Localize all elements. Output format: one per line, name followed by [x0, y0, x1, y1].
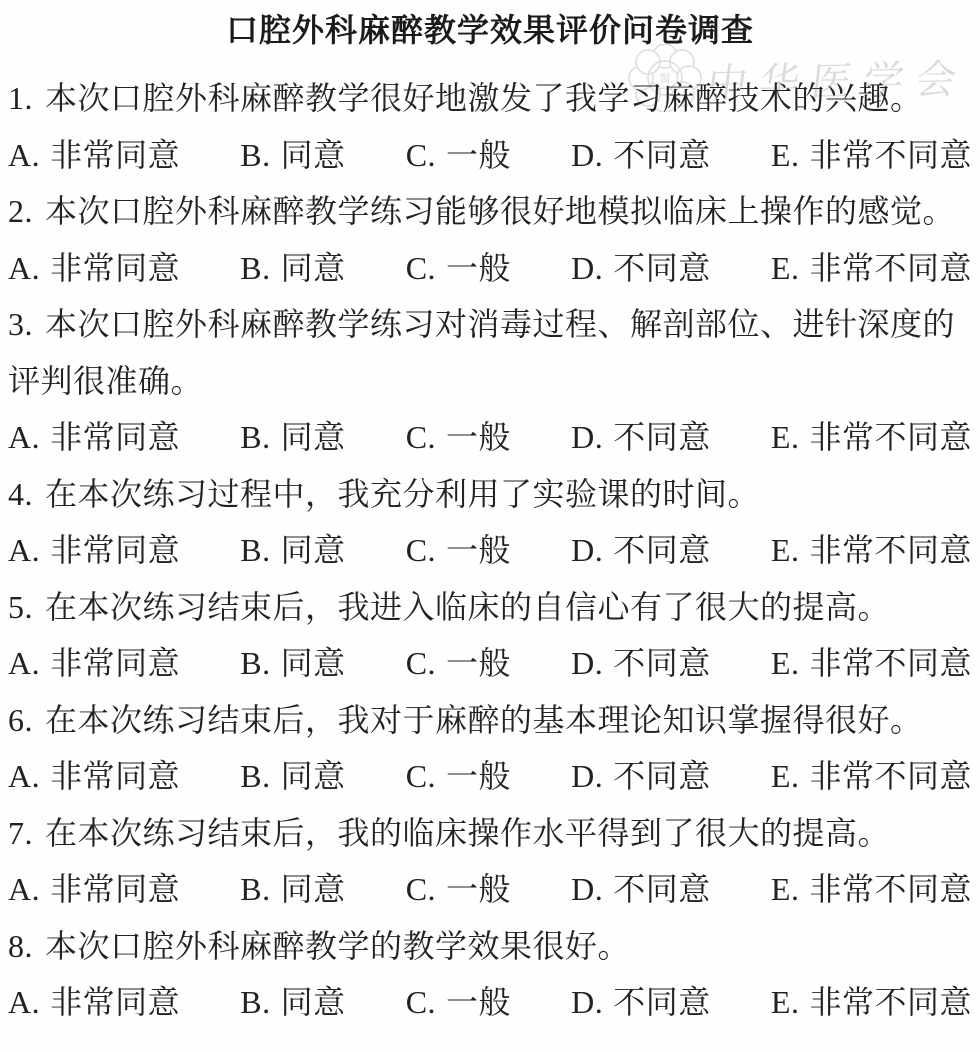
option-label: 非常同意 [50, 758, 180, 794]
option-label: 不同意 [613, 645, 711, 681]
answer-option: B.同意 [240, 127, 345, 184]
option-letter: A. [8, 419, 40, 455]
option-letter: E. [771, 532, 800, 568]
option-letter: D. [571, 250, 603, 286]
option-label: 不同意 [613, 137, 711, 173]
option-letter: B. [240, 984, 270, 1020]
answer-option: C.一般 [406, 240, 511, 297]
options-row: A.非常同意 B.同意 C.一般 D.不同意 E.非常不同意 [8, 635, 972, 692]
question-text: 5.在本次练习结束后，我进入临床的自信心有了很大的提高。 [8, 579, 972, 636]
option-label: 不同意 [613, 250, 711, 286]
answer-option: A.非常同意 [8, 748, 180, 805]
option-label: 同意 [281, 758, 346, 794]
option-label: 非常同意 [50, 250, 180, 286]
option-label: 非常同意 [50, 871, 180, 907]
question-text-content: 本次口腔外科麻醉教学很好地激发了我学习麻醉技术的兴趣。 [45, 80, 923, 116]
options-row: A.非常同意 B.同意 C.一般 D.不同意 E.非常不同意 [8, 409, 972, 466]
answer-option: C.一般 [406, 127, 511, 184]
option-letter: B. [240, 419, 270, 455]
option-letter: A. [8, 871, 40, 907]
answer-option: C.一般 [406, 409, 511, 466]
answer-option: C.一般 [406, 748, 511, 805]
option-label: 一般 [446, 871, 511, 907]
answer-option: A.非常同意 [8, 522, 180, 579]
options-row: A.非常同意 B.同意 C.一般 D.不同意 E.非常不同意 [8, 522, 972, 579]
question-number: 1. [8, 70, 33, 127]
option-letter: D. [571, 532, 603, 568]
answer-option: E.非常不同意 [771, 522, 972, 579]
option-letter: D. [571, 645, 603, 681]
option-letter: B. [240, 871, 270, 907]
answer-option: A.非常同意 [8, 974, 180, 1031]
answer-option: C.一般 [406, 974, 511, 1031]
answer-option: D.不同意 [571, 861, 711, 918]
question-block: 4.在本次练习过程中，我充分利用了实验课的时间。 A.非常同意 B.同意 C.一… [8, 466, 972, 579]
option-letter: B. [240, 758, 270, 794]
question-text-content: 本次口腔外科麻醉教学的教学效果很好。 [45, 928, 630, 964]
option-label: 不同意 [613, 532, 711, 568]
answer-option: C.一般 [406, 635, 511, 692]
answer-option: D.不同意 [571, 409, 711, 466]
option-letter: C. [406, 419, 436, 455]
option-letter: C. [406, 984, 436, 1020]
option-label: 一般 [446, 532, 511, 568]
option-letter: B. [240, 137, 270, 173]
answer-option: B.同意 [240, 635, 345, 692]
option-letter: D. [571, 984, 603, 1020]
answer-option: D.不同意 [571, 974, 711, 1031]
option-letter: E. [771, 137, 800, 173]
option-label: 一般 [446, 984, 511, 1020]
question-text-content: 在本次练习结束后，我进入临床的自信心有了很大的提高。 [45, 589, 890, 625]
answer-option: B.同意 [240, 748, 345, 805]
answer-option: B.同意 [240, 240, 345, 297]
question-number: 6. [8, 692, 33, 749]
question-block: 7.在本次练习结束后，我的临床操作水平得到了很大的提高。 A.非常同意 B.同意… [8, 805, 972, 918]
answer-option: B.同意 [240, 861, 345, 918]
option-letter: E. [771, 645, 800, 681]
question-number: 8. [8, 918, 33, 975]
option-letter: A. [8, 645, 40, 681]
option-letter: D. [571, 419, 603, 455]
option-label: 一般 [446, 645, 511, 681]
option-letter: B. [240, 645, 270, 681]
question-number: 4. [8, 466, 33, 523]
answer-option: A.非常同意 [8, 409, 180, 466]
question-text: 7.在本次练习结束后，我的临床操作水平得到了很大的提高。 [8, 805, 972, 862]
answer-option: E.非常不同意 [771, 635, 972, 692]
option-letter: D. [571, 137, 603, 173]
option-letter: D. [571, 871, 603, 907]
option-letter: C. [406, 250, 436, 286]
answer-option: E.非常不同意 [771, 748, 972, 805]
answer-option: D.不同意 [571, 127, 711, 184]
option-label: 非常不同意 [809, 137, 972, 173]
option-label: 同意 [281, 871, 346, 907]
answer-option: A.非常同意 [8, 635, 180, 692]
option-label: 一般 [446, 250, 511, 286]
option-letter: C. [406, 532, 436, 568]
answer-option: E.非常不同意 [771, 240, 972, 297]
question-block: 6.在本次练习结束后，我对于麻醉的基本理论知识掌握得很好。 A.非常同意 B.同… [8, 692, 972, 805]
question-text-content: 在本次练习结束后，我的临床操作水平得到了很大的提高。 [45, 815, 890, 851]
page-title: 口腔外科麻醉教学效果评价问卷调查 [8, 8, 972, 52]
option-letter: A. [8, 758, 40, 794]
question-text-content: 本次口腔外科麻醉教学练习能够很好地模拟临床上操作的感觉。 [45, 193, 955, 229]
option-letter: B. [240, 532, 270, 568]
option-label: 一般 [446, 137, 511, 173]
option-letter: A. [8, 250, 40, 286]
option-letter: C. [406, 871, 436, 907]
option-letter: E. [771, 250, 800, 286]
option-label: 非常不同意 [809, 758, 972, 794]
option-label: 不同意 [613, 419, 711, 455]
question-block: 3.本次口腔外科麻醉教学练习对消毒过程、解剖部位、进针深度的评判很准确。 A.非… [8, 296, 972, 466]
answer-option: D.不同意 [571, 522, 711, 579]
option-letter: A. [8, 532, 40, 568]
option-label: 同意 [281, 984, 346, 1020]
option-label: 非常不同意 [809, 645, 972, 681]
question-text: 8.本次口腔外科麻醉教学的教学效果很好。 [8, 918, 972, 975]
question-text: 3.本次口腔外科麻醉教学练习对消毒过程、解剖部位、进针深度的评判很准确。 [8, 296, 972, 409]
answer-option: E.非常不同意 [771, 127, 972, 184]
option-label: 非常同意 [50, 532, 180, 568]
answer-option: B.同意 [240, 522, 345, 579]
option-label: 同意 [281, 645, 346, 681]
question-text-content: 在本次练习过程中，我充分利用了实验课的时间。 [45, 476, 760, 512]
option-letter: C. [406, 758, 436, 794]
answer-option: D.不同意 [571, 240, 711, 297]
answer-option: E.非常不同意 [771, 861, 972, 918]
answer-option: C.一般 [406, 522, 511, 579]
option-label: 非常不同意 [809, 532, 972, 568]
question-number: 3. [8, 296, 33, 353]
option-label: 不同意 [613, 871, 711, 907]
document-content: 口腔外科麻醉教学效果评价问卷调查 1.本次口腔外科麻醉教学很好地激发了我学习麻醉… [0, 0, 980, 1031]
option-label: 不同意 [613, 984, 711, 1020]
options-row: A.非常同意 B.同意 C.一般 D.不同意 E.非常不同意 [8, 748, 972, 805]
option-letter: C. [406, 645, 436, 681]
option-letter: E. [771, 758, 800, 794]
answer-option: E.非常不同意 [771, 974, 972, 1031]
answer-option: C.一般 [406, 861, 511, 918]
options-row: A.非常同意 B.同意 C.一般 D.不同意 E.非常不同意 [8, 861, 972, 918]
option-label: 非常同意 [50, 419, 180, 455]
answer-option: A.非常同意 [8, 240, 180, 297]
question-text: 1.本次口腔外科麻醉教学很好地激发了我学习麻醉技术的兴趣。 [8, 70, 972, 127]
option-label: 非常不同意 [809, 419, 972, 455]
option-label: 非常同意 [50, 645, 180, 681]
question-text-content: 本次口腔外科麻醉教学练习对消毒过程、解剖部位、进针深度的评判很准确。 [8, 306, 955, 399]
question-block: 8.本次口腔外科麻醉教学的教学效果很好。 A.非常同意 B.同意 C.一般 D.… [8, 918, 972, 1031]
question-text: 4.在本次练习过程中，我充分利用了实验课的时间。 [8, 466, 972, 523]
option-letter: A. [8, 137, 40, 173]
question-text: 6.在本次练习结束后，我对于麻醉的基本理论知识掌握得很好。 [8, 692, 972, 749]
option-label: 同意 [281, 532, 346, 568]
answer-option: E.非常不同意 [771, 409, 972, 466]
option-letter: D. [571, 758, 603, 794]
option-letter: E. [771, 419, 800, 455]
question-list: 1.本次口腔外科麻醉教学很好地激发了我学习麻醉技术的兴趣。 A.非常同意 B.同… [8, 70, 972, 1031]
option-letter: E. [771, 984, 800, 1020]
questionnaire-page: 醫 中华医学会 口腔外科麻醉教学效果评价问卷调查 1.本次口腔外科麻醉教学很好地… [0, 0, 980, 1052]
question-number: 7. [8, 805, 33, 862]
answer-option: B.同意 [240, 409, 345, 466]
answer-option: B.同意 [240, 974, 345, 1031]
answer-option: D.不同意 [571, 635, 711, 692]
option-label: 非常同意 [50, 137, 180, 173]
question-text-content: 在本次练习结束后，我对于麻醉的基本理论知识掌握得很好。 [45, 702, 923, 738]
option-label: 非常不同意 [809, 250, 972, 286]
answer-option: A.非常同意 [8, 127, 180, 184]
question-number: 5. [8, 579, 33, 636]
option-letter: A. [8, 984, 40, 1020]
answer-option: D.不同意 [571, 748, 711, 805]
options-row: A.非常同意 B.同意 C.一般 D.不同意 E.非常不同意 [8, 240, 972, 297]
question-block: 5.在本次练习结束后，我进入临床的自信心有了很大的提高。 A.非常同意 B.同意… [8, 579, 972, 692]
question-text: 2.本次口腔外科麻醉教学练习能够很好地模拟临床上操作的感觉。 [8, 183, 972, 240]
option-label: 非常不同意 [809, 984, 972, 1020]
answer-option: A.非常同意 [8, 861, 180, 918]
option-label: 非常同意 [50, 984, 180, 1020]
question-block: 2.本次口腔外科麻醉教学练习能够很好地模拟临床上操作的感觉。 A.非常同意 B.… [8, 183, 972, 296]
option-label: 同意 [281, 137, 346, 173]
options-row: A.非常同意 B.同意 C.一般 D.不同意 E.非常不同意 [8, 127, 972, 184]
option-label: 不同意 [613, 758, 711, 794]
question-block: 1.本次口腔外科麻醉教学很好地激发了我学习麻醉技术的兴趣。 A.非常同意 B.同… [8, 70, 972, 183]
option-letter: B. [240, 250, 270, 286]
option-label: 一般 [446, 758, 511, 794]
option-label: 同意 [281, 250, 346, 286]
option-letter: C. [406, 137, 436, 173]
option-label: 一般 [446, 419, 511, 455]
option-label: 同意 [281, 419, 346, 455]
options-row: A.非常同意 B.同意 C.一般 D.不同意 E.非常不同意 [8, 974, 972, 1031]
option-label: 非常不同意 [809, 871, 972, 907]
question-number: 2. [8, 183, 33, 240]
option-letter: E. [771, 871, 800, 907]
